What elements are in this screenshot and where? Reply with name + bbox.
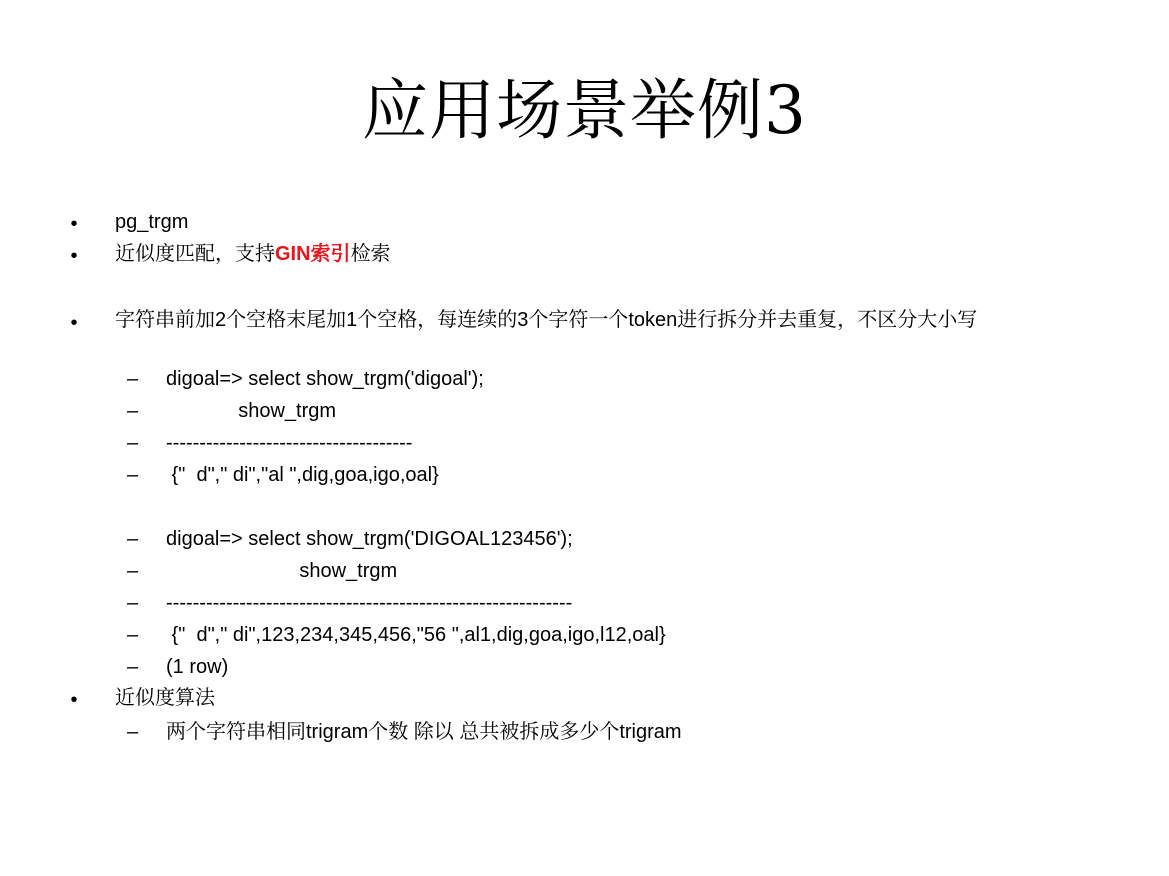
result-separator-1: ------------------------------------- — [166, 430, 412, 456]
dash-icon: – — [127, 558, 143, 584]
row-count: (1 row) — [166, 654, 228, 680]
gin-index-highlight: GIN索引 — [275, 243, 351, 265]
dash-icon: – — [127, 622, 143, 648]
result-separator-2: ----------------------------------------… — [166, 590, 572, 616]
bullet-pg-trgm: pg_trgm — [115, 209, 188, 235]
bullet-similarity-match: 近似度匹配，支持GIN索引检索 — [115, 241, 391, 267]
dash-icon: – — [127, 398, 143, 424]
bullet-tokenize-description: 字符串前加2个空格末尾加1个空格，每连续的3个字符一个token进行拆分并去重复… — [115, 307, 1095, 333]
slide: 应用场景举例3 • pg_trgm • 近似度匹配，支持GIN索引检索 • 字符… — [0, 0, 1169, 876]
bullet-icon: • — [67, 243, 81, 269]
search-text: 检索 — [351, 243, 391, 265]
bullet-icon: • — [67, 687, 81, 713]
dash-icon: – — [127, 430, 143, 456]
bullet-similarity-algorithm: 近似度算法 — [115, 685, 215, 711]
result-value-1: {" d"," di","al ",dig,goa,igo,oal} — [166, 462, 439, 488]
similarity-match-text: 近似度匹配，支持 — [115, 243, 275, 265]
dash-icon: – — [127, 462, 143, 488]
dash-icon: – — [127, 526, 143, 552]
result-header-1: show_trgm — [166, 398, 336, 424]
result-value-2: {" d"," di",123,234,345,456,"56 ",al1,di… — [166, 622, 666, 648]
sql-query-1: digoal=> select show_trgm('digoal'); — [166, 366, 484, 392]
result-header-2: show_trgm — [166, 558, 397, 584]
bullet-icon: • — [67, 211, 81, 237]
bullet-icon: • — [67, 310, 81, 336]
dash-icon: – — [127, 719, 143, 745]
dash-icon: – — [127, 366, 143, 392]
sql-query-2: digoal=> select show_trgm('DIGOAL123456'… — [166, 526, 573, 552]
dash-icon: – — [127, 590, 143, 616]
algorithm-description: 两个字符串相同trigram个数 除以 总共被拆成多少个trigram — [166, 719, 682, 745]
slide-title: 应用场景举例3 — [0, 66, 1169, 156]
dash-icon: – — [127, 654, 143, 680]
